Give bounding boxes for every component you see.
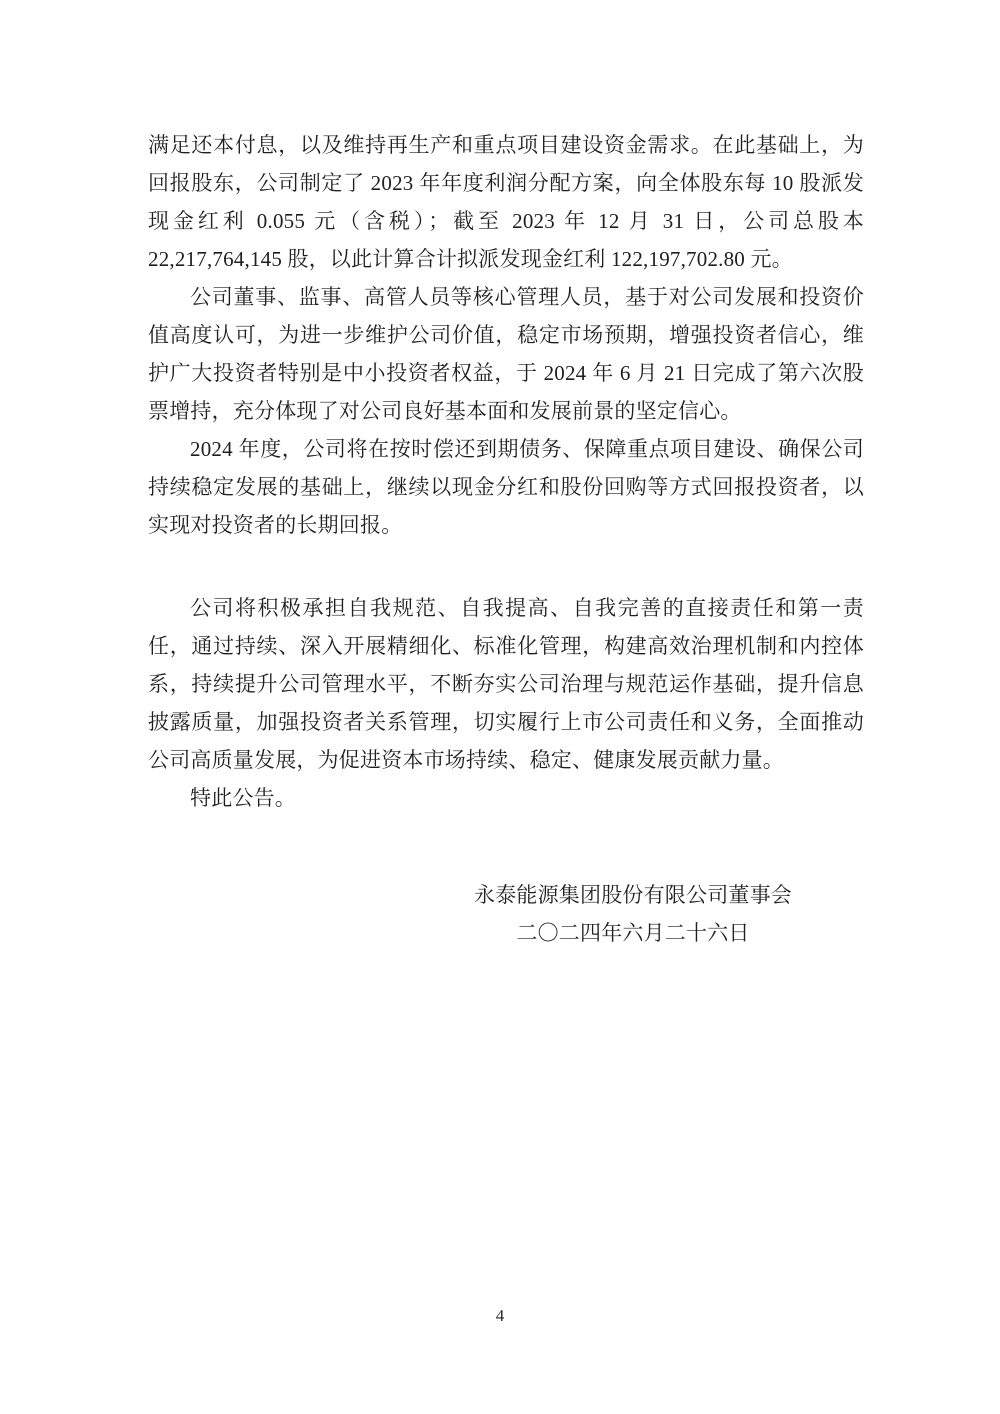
closing-statement: 特此公告。 bbox=[148, 779, 864, 817]
body-paragraph-dividend: 满足还本付息，以及维持再生产和重点项目建设资金需求。在此基础上，为回报股东，公司… bbox=[148, 126, 864, 278]
page-number: 4 bbox=[0, 1306, 1000, 1326]
body-paragraph-shareholding: 公司董事、监事、高管人员等核心管理人员，基于对公司发展和投资价值高度认可，为进一… bbox=[148, 278, 864, 430]
signature-block: 永泰能源集团股份有限公司董事会 二〇二四年六月二十六日 bbox=[275, 876, 991, 952]
signature-date: 二〇二四年六月二十六日 bbox=[275, 914, 991, 952]
body-paragraph-governance: 公司将积极承担自我规范、自我提高、自我完善的直接责任和第一责任，通过持续、深入开… bbox=[148, 589, 864, 779]
signature-company: 永泰能源集团股份有限公司董事会 bbox=[275, 876, 991, 914]
document-body: 满足还本付息，以及维持再生产和重点项目建设资金需求。在此基础上，为回报股东，公司… bbox=[148, 0, 864, 952]
body-paragraph-2024-plan: 2024 年度，公司将在按时偿还到期债务、保障重点项目建设、确保公司持续稳定发展… bbox=[148, 430, 864, 544]
document-page: 满足还本付息，以及维持再生产和重点项目建设资金需求。在此基础上，为回报股东，公司… bbox=[0, 0, 1000, 1414]
